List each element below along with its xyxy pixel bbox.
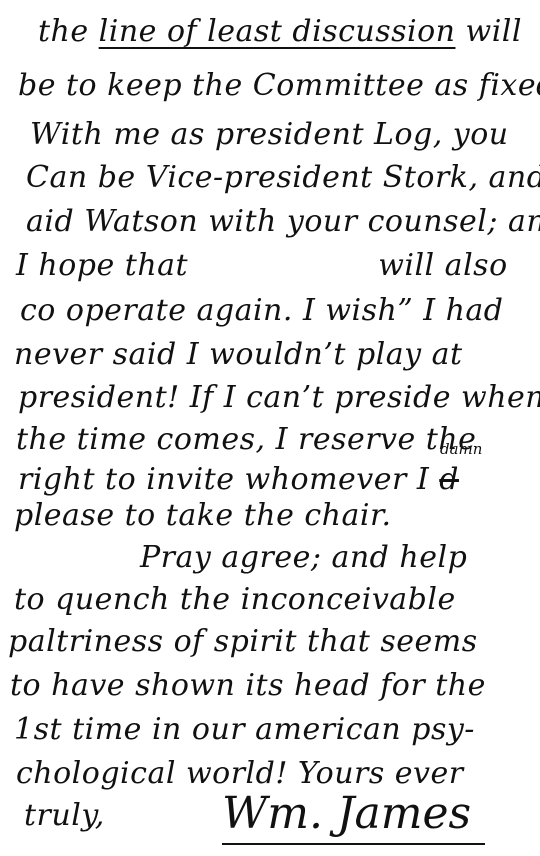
handwritten-letter-page: the line of least discussion will be to … [0, 0, 540, 856]
letter-line-3: With me as president Log, you [30, 117, 509, 152]
underlined-phrase: line of least discussion [99, 14, 456, 49]
letter-line-4: Can be Vice-president Stork, and [26, 160, 540, 195]
letter-line-6: I hope that will also [16, 248, 508, 283]
line-6-start: I hope that [16, 248, 188, 283]
signature: Wm. James [222, 788, 485, 845]
letter-line-18: chological world! Yours ever [16, 756, 464, 791]
inserted-word: damn [440, 440, 482, 458]
letter-line-15: paltriness of spirit that seems [8, 624, 478, 659]
letter-line-7: co operate again. I wish” I had [20, 293, 504, 328]
letter-line-17: 1st time in our american psy- [14, 712, 475, 747]
letter-line-1: the line of least discussion will [38, 14, 522, 49]
letter-line-12: please to take the chair. [14, 498, 392, 533]
letter-line-11: right to invite whomever I d [18, 462, 459, 497]
letter-line-13: Pray agree; and help [140, 540, 467, 575]
letter-line-2: be to keep the Committee as fixed [18, 68, 540, 103]
letter-line-19: truly, [24, 798, 105, 833]
line-1-end: will [455, 14, 522, 49]
letter-line-9: president! If I can’t preside when [18, 380, 540, 415]
letter-line-5: aid Watson with your counsel; and [26, 204, 540, 239]
letter-line-10: the time comes, I reserve the [16, 422, 476, 457]
line-1-start: the [38, 14, 99, 49]
letter-line-14: to quench the inconceivable [14, 582, 456, 617]
struck-word: d [439, 462, 459, 497]
line-6-end: will also [378, 248, 507, 283]
line-11-start: right to invite whomever I [18, 462, 439, 497]
letter-line-16: to have shown its head for the [10, 668, 486, 703]
letter-line-8: never said I wouldn’t play at [14, 337, 463, 372]
